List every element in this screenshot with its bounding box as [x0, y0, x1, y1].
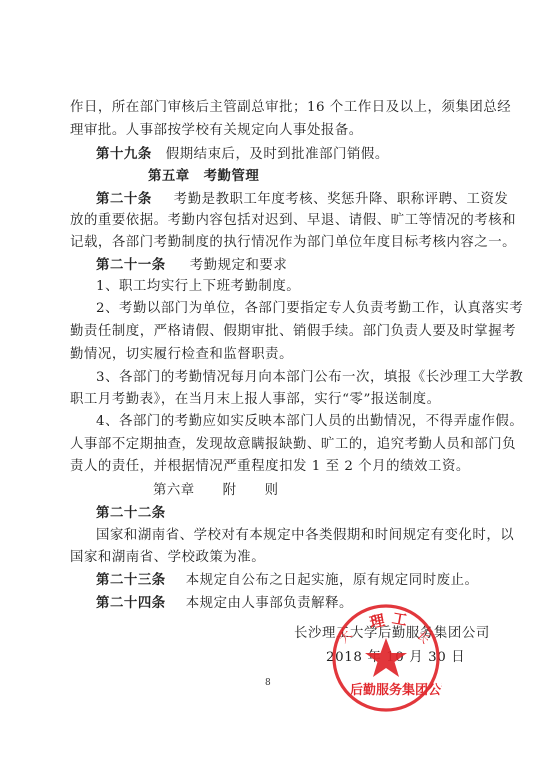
list-item-2: 2、考勤以部门为单位，各部门要指定专人负责考勤工作，认真落实考 [96, 300, 474, 318]
article-label: 第二十一条 [96, 257, 166, 273]
paragraph-line: 责人的责任，并根据情况严重程度扣发 1 至 2 个月的绩效工资。 [70, 458, 474, 476]
page-number: 8 [265, 678, 271, 688]
signature-date: 2018 年 10 月 30 日 [326, 649, 465, 667]
article-label: 第二十三条 [96, 572, 166, 588]
article-label: 第二十四条 [96, 595, 166, 611]
paragraph-line: 放的重要依据。考勤内容包括对迟到、早退、请假、旷工等情况的考核和 [70, 212, 474, 230]
article-text: 假期结束后，及时到批准部门销假。 [166, 147, 389, 162]
chapter-number: 第六章 [153, 483, 195, 498]
paragraph-line: 国家和湖南省、学校对有本规定中各类假期和时间规定有变化时，以 [96, 527, 474, 545]
list-item-1: 1、职工均实行上下班考勤制度。 [96, 278, 474, 296]
chapter-title-part: 附 [223, 483, 237, 498]
article-19: 第十九条假期结束后，及时到批准部门销假。 [96, 145, 474, 163]
paragraph-line: 记载，各部门考勤制度的执行情况作为部门单位年度目标考核内容之一。 [70, 234, 474, 252]
svg-text:后勤服务集团公司: 后勤服务集团公司 [350, 682, 442, 698]
document-page: 作日，所在部门审核后主管副总审批；16 个工作日及以上，须集团总经 理审批。人事… [0, 0, 543, 768]
paragraph-line: 理审批。人事部按学校有关规定向人事处报备。 [70, 122, 474, 140]
article-label: 第二十二条 [96, 505, 166, 521]
article-text: 本规定自公布之日起实施，原有规定同时废止。 [186, 573, 479, 588]
paragraph-line: 人事部不定期抽查，发现故意瞒报缺勤、旷工的，追究考勤人员和部门负 [70, 436, 474, 454]
paragraph-line: 职工月考勤表》，在当月末上报人事部，实行“零”报送制度。 [70, 391, 474, 409]
article-23: 第二十三条本规定自公布之日起实施，原有规定同时废止。 [96, 571, 474, 589]
chapter-title-part: 则 [265, 483, 279, 498]
paragraph-line: 作日，所在部门审核后主管副总审批；16 个工作日及以上，须集团总经 [70, 99, 474, 117]
article-title: 考勤规定和要求 [190, 258, 288, 273]
article-24: 第二十四条本规定由人事部负责解释。 [96, 594, 474, 612]
signature-organization: 长沙理工大学后勤服务集团公司 [294, 625, 490, 643]
paragraph-line: 勤情况，切实履行检查和监督职责。 [70, 346, 474, 364]
article-21: 第二十一条考勤规定和要求 [96, 256, 474, 274]
article-label: 第二十条 [96, 191, 152, 207]
article-label: 第十九条 [96, 146, 152, 162]
list-item-3: 3、各部门的考勤情况每月向本部门公布一次，填报《长沙理工大学教 [96, 369, 474, 387]
article-text: 考勤是教职工年度考核、奖惩升降、职称评聘、工资发 [174, 192, 509, 207]
chapter-5-heading: 第五章考勤管理 [148, 167, 259, 185]
chapter-6-heading: 第六章附则 [153, 482, 278, 500]
list-item-4: 4、各部门的考勤应如实反映本部门人员的出勤情况，不得弄虚作假。 [96, 413, 474, 431]
chapter-title: 考勤管理 [204, 168, 260, 184]
article-20: 第二十条考勤是教职工年度考核、奖惩升降、职称评聘、工资发 [96, 190, 474, 208]
chapter-number: 第五章 [148, 168, 190, 184]
article-text: 本规定由人事部负责解释。 [186, 596, 353, 611]
paragraph-line: 勤责任制度，严格请假、假期审批、销假手续。部门负责人要及时掌握考 [70, 323, 474, 341]
paragraph-line: 国家和湖南省、学校政策为准。 [70, 549, 474, 567]
article-22: 第二十二条 [96, 504, 474, 522]
